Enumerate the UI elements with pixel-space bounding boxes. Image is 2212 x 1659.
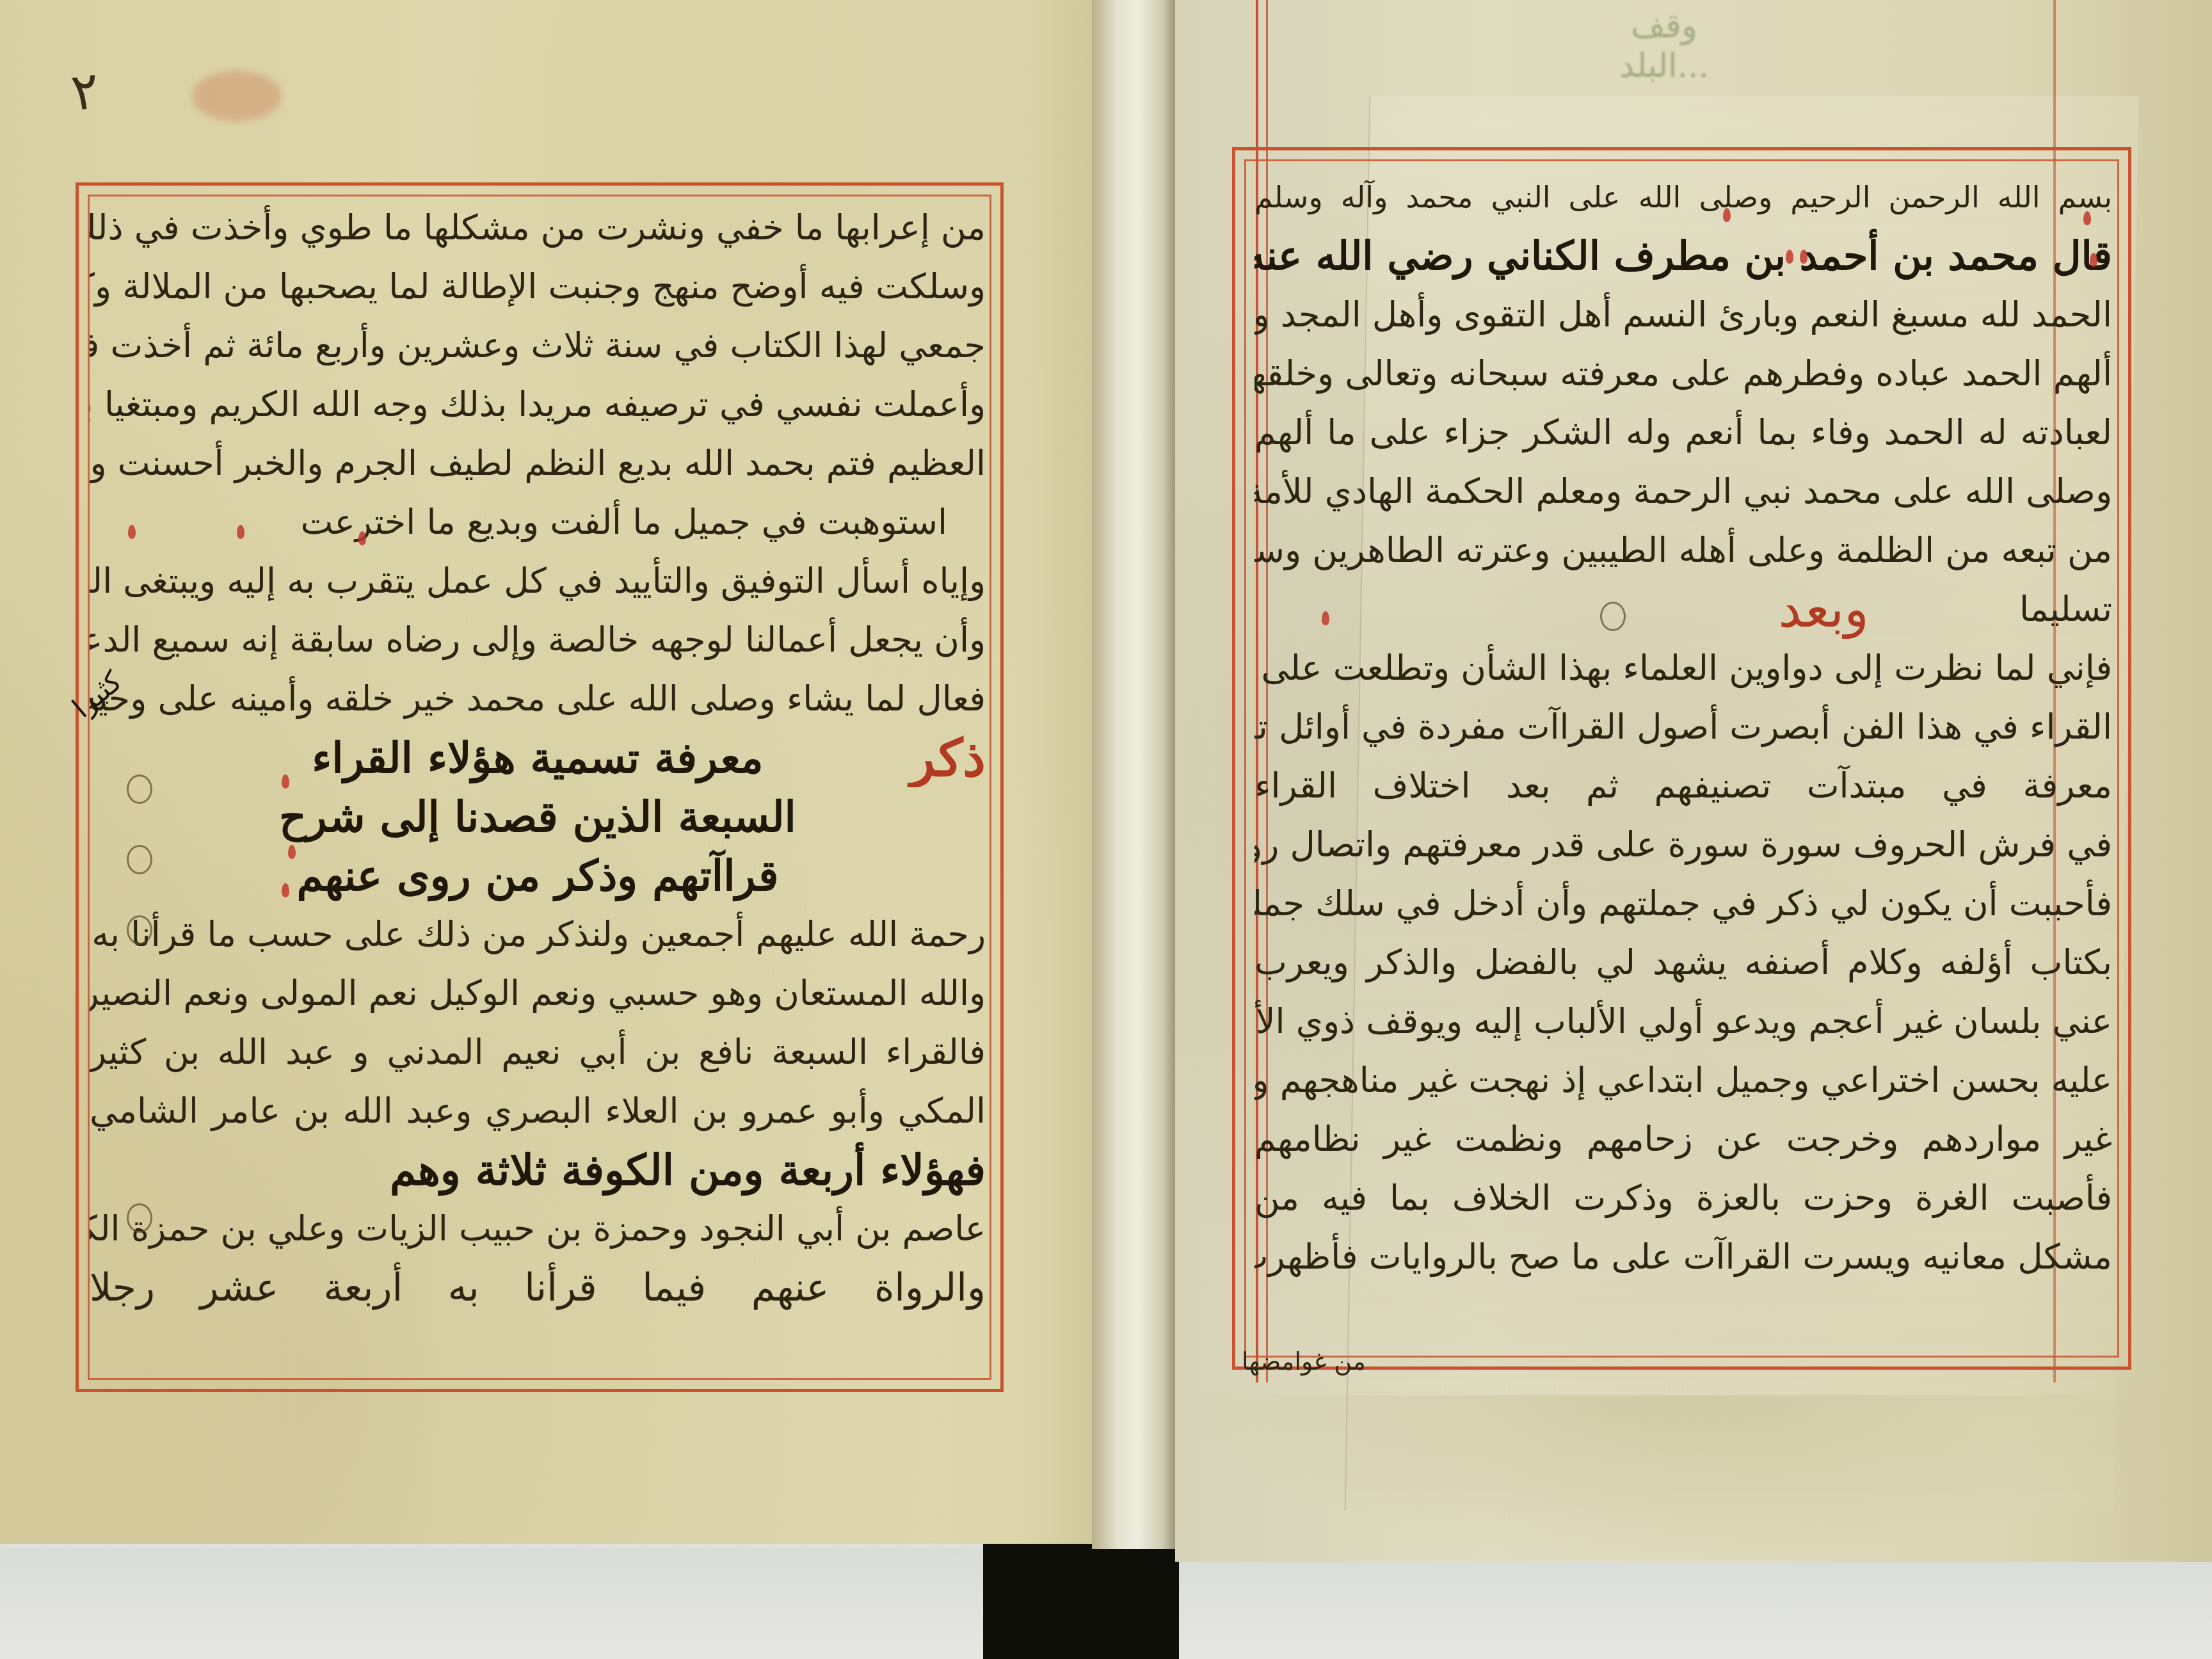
text-line: لعبادته له الحمد وفاء بما أنعم وله الشكر… (1254, 403, 2112, 462)
text-line: والله المستعان وهو حسبي ونعم الوكيل نعم … (90, 964, 986, 1023)
rubric-word: ذكر (910, 728, 986, 787)
red-dot-icon (282, 883, 289, 897)
text-line: والرواة عنهم فيما قرأنا به أربعة عشر رجل… (90, 1258, 986, 1317)
text-line: في فرش الحروف سورة سورة على قدر معرفتهم … (1254, 815, 2112, 874)
catchword: من غوامضها (1242, 1347, 1366, 1375)
red-dot-icon (358, 531, 366, 545)
section-heading-line: السبعة الذين قصدنا إلى شرح (90, 787, 986, 846)
text-line: الحمد لله مسبغ النعم وبارئ النسم أهل الت… (1254, 285, 2112, 344)
text-line: عليه بحسن اختراعي وجميل ابتداعي إذ نهجت … (1254, 1051, 2112, 1110)
text-line: فهؤلاء أربعة ومن الكوفة ثلاثة وهم (90, 1141, 986, 1199)
text-line: من تبعه من الظلمة وعلى أهله الطيبين وعتر… (1254, 521, 2112, 580)
red-dot-icon (288, 845, 296, 859)
text-line: ألهم الحمد عباده وفطرهم على معرفته سبحان… (1254, 344, 2112, 403)
heading-text: معرفة تسمية هؤلاء القراء (312, 733, 763, 783)
text-line: وصلى الله على محمد نبي الرحمة ومعلم الحك… (1254, 462, 2112, 521)
text-line: رحمة الله عليهم أجمعين ولنذكر من ذلك على… (90, 905, 986, 964)
text-line: غير مواردهم وخرجت عن زحامهم ونظمت غير نظ… (1254, 1110, 2112, 1169)
right-page-text: بسم الله الرحمن الرحيم وصلى الله على الن… (1254, 168, 2112, 1286)
text-line: عاصم بن أبي النجود وحمزة بن حبيب الزيات … (90, 1199, 986, 1258)
text-line: بكتاب أؤلفه وكلام أصنفه يشهد لي بالفضل و… (1254, 933, 2112, 992)
text-line: فعال لما يشاء وصلى الله على محمد خير خلق… (90, 669, 986, 728)
verse-marker-icon (127, 774, 152, 804)
red-dot-icon (2090, 253, 2097, 267)
ink-stain (192, 70, 282, 122)
red-dot-icon (237, 525, 244, 539)
text-line: مشكل معانيه ويسرت القراآت على ما صح بالر… (1254, 1228, 2112, 1286)
section-heading-line: ذكر معرفة تسمية هؤلاء القراء (90, 728, 986, 787)
red-dot-icon (282, 774, 289, 789)
red-dot-icon (1322, 611, 1329, 625)
section-heading-line: قراآتهم وذكر من روى عنهم (90, 846, 986, 905)
red-dot-icon (1786, 250, 1793, 264)
bismillah-line: بسم الله الرحمن الرحيم وصلى الله على الن… (1254, 168, 2112, 227)
text-line: وأعملت نفسي في ترصيفه مريدا بذلك وجه الل… (90, 375, 986, 434)
left-page-text: من إعرابها ما خفي ونشرت من مشكلها ما طوي… (90, 198, 986, 1317)
red-dot-icon (2083, 211, 2091, 225)
text-line: المكي وأبو عمرو بن العلاء البصري وعبد ال… (90, 1082, 986, 1141)
torn-page-edge (1178, 1395, 2202, 1562)
text-fragment: تسليما (2019, 589, 2112, 629)
text-line: فالقراء السبعة نافع بن أبي نعيم المدني و… (90, 1023, 986, 1082)
ownership-stamp: وقف ...البلد (1459, 6, 1869, 96)
text-line: استوهبت في جميل ما ألفت وبديع ما اخترعت (90, 493, 986, 552)
text-line: من إعرابها ما خفي ونشرت من مشكلها ما طوي… (90, 198, 986, 257)
text-line: فإني لما نظرت إلى دواوين العلماء بهذا ال… (1254, 639, 2112, 698)
rubric-word: وبعد (1779, 580, 1869, 639)
text-line: القراء في هذا الفن أبصرت أصول القراآت مف… (1254, 698, 2112, 757)
verse-marker-icon (127, 845, 152, 874)
verse-marker-icon (1600, 602, 1626, 631)
text-line: معرفة في مبتدآت تصنيفهم ثم بعد اختلاف ال… (1254, 757, 2112, 815)
text-line: جمعي لهذا الكتاب في سنة ثلاث وعشرين وأرب… (90, 316, 986, 375)
binding-shadow (983, 1543, 1179, 1659)
text-line: فأصبت الغرة وحزت بالعزة وذكرت الخلاف بما… (1254, 1169, 2112, 1228)
red-dot-icon (128, 525, 136, 539)
red-dot-icon (1800, 250, 1807, 264)
author-heading: قال محمد بن أحمد بن مطرف الكناني رضي الل… (1254, 227, 2112, 285)
text-line: فأحببت أن يكون لي ذكر في جملتهم وأن أدخل… (1254, 874, 2112, 933)
red-dot-icon (1723, 208, 1731, 222)
verse-marker-icon (127, 1203, 152, 1233)
text-line: وأن يجعل أعمالنا لوجهه خالصة وإلى رضاه س… (90, 611, 986, 669)
rubric-line: تسليما وبعد (1254, 580, 2112, 639)
text-line: وسلكت فيه أوضح منهج وجنبت الإطالة لما يص… (90, 257, 986, 316)
text-line: وإياه أسأل التوفيق والتأييد في كل عمل يت… (90, 552, 986, 611)
book-gutter (1092, 0, 1175, 1549)
text-line: عني بلسان غير أعجم ويدعو أولي الألباب إل… (1254, 992, 2112, 1051)
text-line: العظيم فتم بحمد الله بديع النظم لطيف الج… (90, 434, 986, 493)
verse-marker-icon (127, 915, 152, 945)
